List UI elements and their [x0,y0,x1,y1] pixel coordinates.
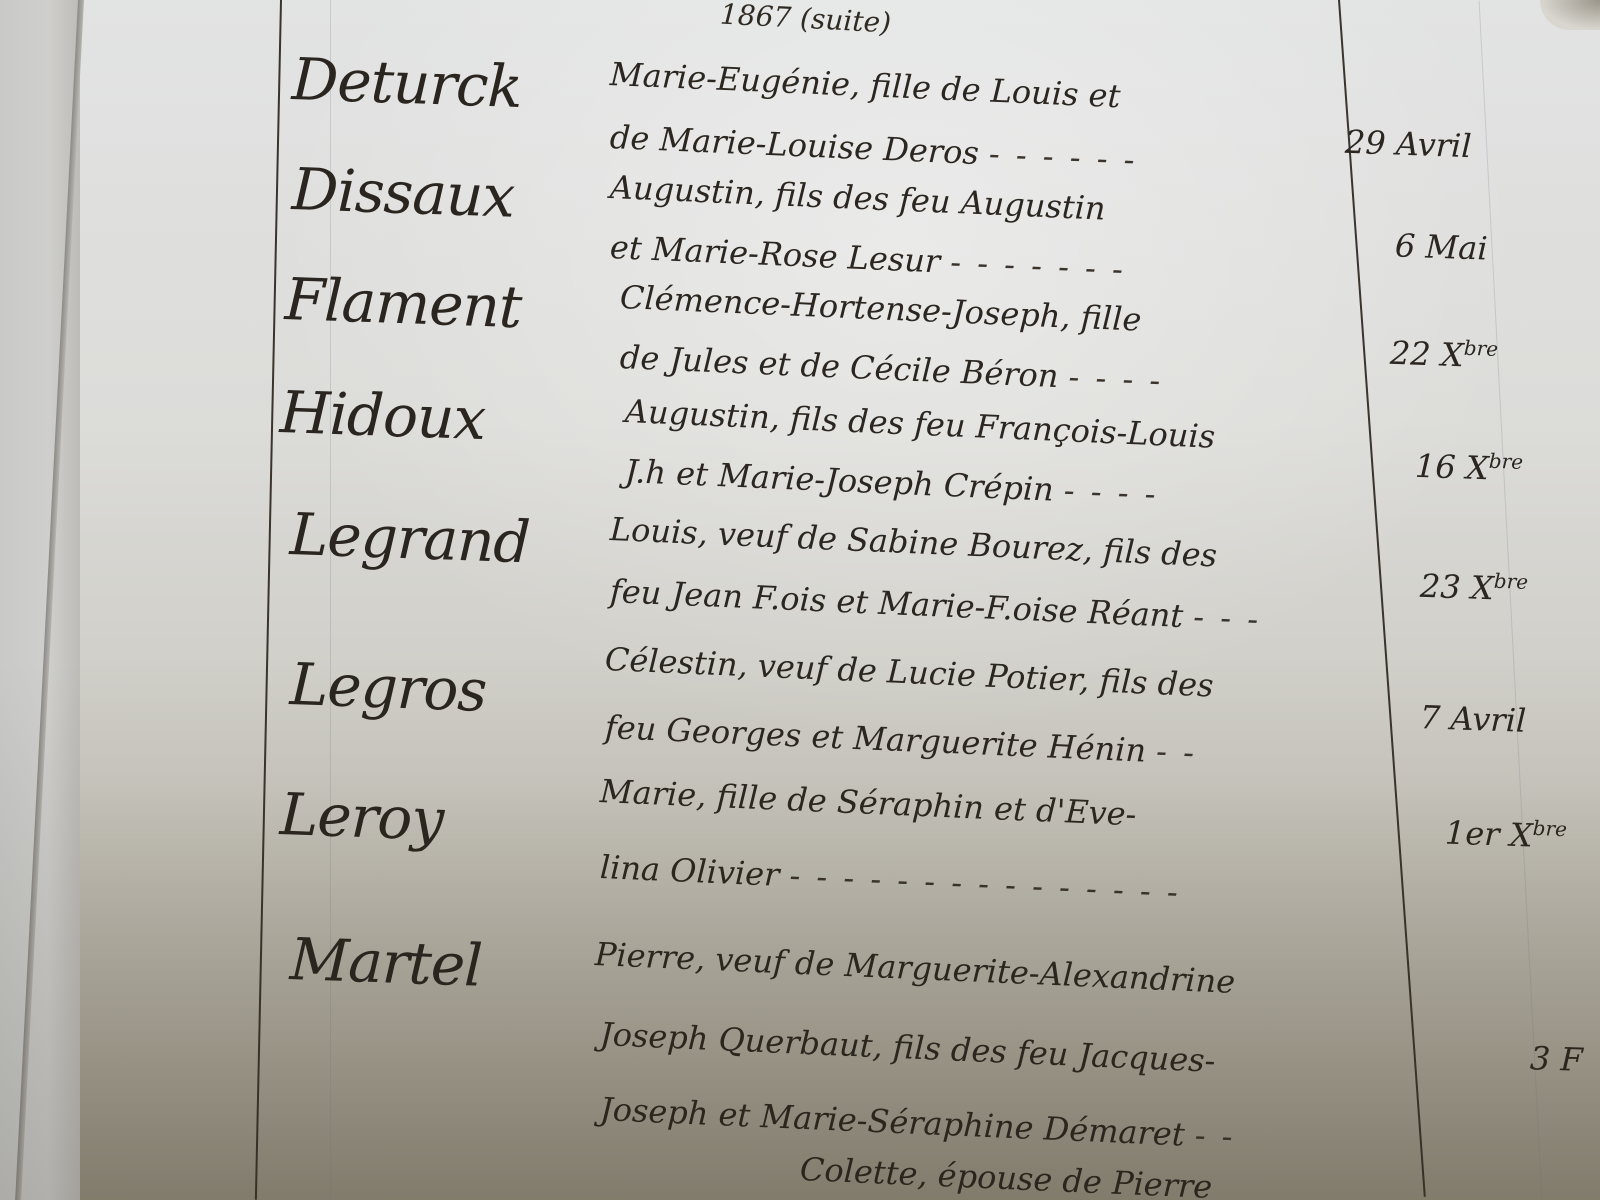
entry-date: 16 Xbre [1414,446,1523,488]
entry-line: feu Jean F.ois et Marie-F.oise Réant - -… [609,572,1262,638]
entry-surname: Leroy [279,780,445,854]
entry-surname: Martel [289,925,483,1000]
entry-line: feu Georges et Marguerite Hénin - - [604,708,1198,772]
entry-surname: Legrand [289,500,531,576]
entry-line: de Marie-Louise Deros - - - - - - [609,118,1138,179]
entry-line: Augustin, fils des feu Augustin [609,168,1106,228]
entry-line: Pierre, veuf de Marguerite-Alexandrine [594,935,1236,1001]
entry-date: 3 F [1529,1039,1583,1079]
entry-line: Joseph Querbaut, fils des feu Jacques- [599,1015,1216,1080]
page-corner [1540,0,1600,30]
entry-line: lina Olivier - - - - - - - - - - - - - -… [599,848,1181,911]
surname-column-rule [255,0,282,1200]
entry-line: J.h et Marie-Joseph Crépin - - - - [624,452,1159,513]
entry-line: Marie, fille de Séraphin et d'Eve- [599,772,1137,833]
entry-line: et Marie-Rose Lesur - - - - - - - [609,228,1127,288]
entry-surname: Hidoux [279,378,486,453]
entry-line: Louis, veuf de Sabine Bourez, fils des [609,510,1218,574]
entry-date: 6 Mai [1394,226,1488,267]
entry-date: 1er Xbre [1444,813,1567,856]
entry-date: 22 Xbre [1389,333,1498,375]
entry-surname: Flament [284,265,523,341]
entry-surname: Dissaux [291,155,515,231]
entry-date: 29 Avril [1344,123,1472,165]
entry-line: de Jules et de Cécile Béron - - - - [619,338,1164,400]
entry-line: Joseph et Marie-Séraphine Démaret - - [599,1090,1236,1156]
entry-line: Célestin, veuf de Lucie Potier, fils des [604,640,1214,705]
entry-line: Colette, épouse de Pierre [799,1150,1213,1200]
entry-surname: Deturck [291,45,523,121]
date-column-rule [1338,0,1426,1197]
entry-line: Augustin, fils des feu François-Louis [624,392,1216,456]
entry-date: 23 Xbre [1419,566,1528,608]
entry-date: 7 Avril [1419,698,1526,740]
entry-surname: Legros [289,650,488,725]
entry-line: Marie-Eugénie, fille de Louis et [609,55,1121,115]
page-header-year: 1867 (suite) [719,0,892,39]
register-page: 1867 (suite) Deturck Marie-Eugénie, fill… [0,0,1600,1200]
entry-line: Clémence-Hortense-Joseph, fille [619,278,1142,339]
